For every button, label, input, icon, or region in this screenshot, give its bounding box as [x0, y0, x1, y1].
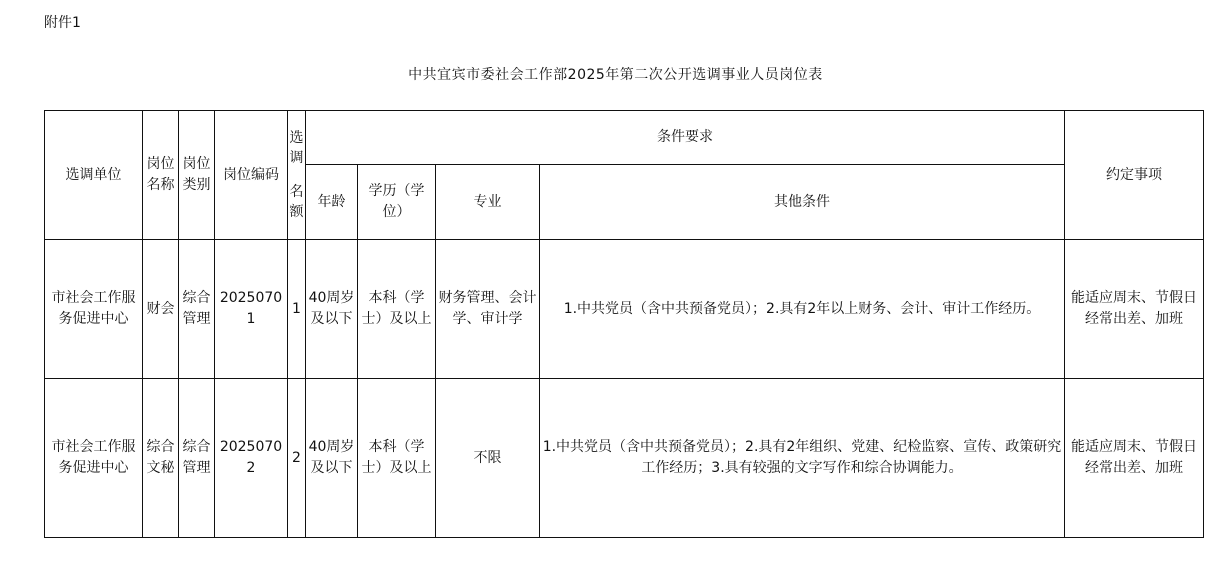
cell-agreed-matters: 能适应周末、节假日经常出差、加班 — [1065, 240, 1204, 379]
cell-quota: 2 — [288, 379, 306, 538]
header-position-code: 岗位编码 — [215, 111, 288, 240]
cell-agreed-matters: 能适应周末、节假日经常出差、加班 — [1065, 379, 1204, 538]
header-other-conditions: 其他条件 — [540, 165, 1065, 240]
header-conditions-group: 条件要求 — [306, 111, 1065, 165]
header-education: 学历（学位） — [358, 165, 436, 240]
header-major: 专业 — [436, 165, 540, 240]
header-unit: 选调单位 — [45, 111, 143, 240]
cell-position-code: 20250701 — [215, 240, 288, 379]
position-table: 选调单位 岗位名称 岗位类别 岗位编码 选调 名额 条件要求 约定事项 年龄 学… — [44, 110, 1204, 538]
header-row-1: 选调单位 岗位名称 岗位类别 岗位编码 选调 名额 条件要求 约定事项 — [45, 111, 1204, 165]
header-quota: 选调 名额 — [288, 111, 306, 240]
cell-unit: 市社会工作服务促进中心 — [45, 240, 143, 379]
header-quota-bottom: 名额 — [290, 184, 304, 220]
table-row: 市社会工作服务促进中心 财会 综合管理 20250701 1 40周岁及以下 本… — [45, 240, 1204, 379]
cell-position-name: 财会 — [143, 240, 179, 379]
cell-position-name: 综合文秘 — [143, 379, 179, 538]
cell-position-code: 20250702 — [215, 379, 288, 538]
cell-quota: 1 — [288, 240, 306, 379]
header-position-name: 岗位名称 — [143, 111, 179, 240]
cell-other-conditions: 1.中共党员（含中共预备党员）；2.具有2年以上财务、会计、审计工作经历。 — [540, 240, 1065, 379]
cell-education: 本科（学士）及以上 — [358, 240, 436, 379]
document-title: 中共宜宾市委社会工作部2025年第二次公开选调事业人员岗位表 — [0, 64, 1231, 84]
header-quota-top: 选调 — [290, 130, 304, 166]
header-position-category: 岗位类别 — [179, 111, 215, 240]
table-row: 市社会工作服务促进中心 综合文秘 综合管理 20250702 2 40周岁及以下… — [45, 379, 1204, 538]
cell-other-conditions: 1.中共党员（含中共预备党员）；2.具有2年组织、党建、纪检监察、宣传、政策研究… — [540, 379, 1065, 538]
cell-age: 40周岁及以下 — [306, 379, 358, 538]
header-agreed-matters: 约定事项 — [1065, 111, 1204, 240]
cell-major: 财务管理、会计学、审计学 — [436, 240, 540, 379]
cell-age: 40周岁及以下 — [306, 240, 358, 379]
cell-position-category: 综合管理 — [179, 379, 215, 538]
cell-position-category: 综合管理 — [179, 240, 215, 379]
cell-education: 本科（学士）及以上 — [358, 379, 436, 538]
cell-unit: 市社会工作服务促进中心 — [45, 379, 143, 538]
attachment-label: 附件1 — [44, 12, 81, 32]
header-age: 年龄 — [306, 165, 358, 240]
cell-major: 不限 — [436, 379, 540, 538]
